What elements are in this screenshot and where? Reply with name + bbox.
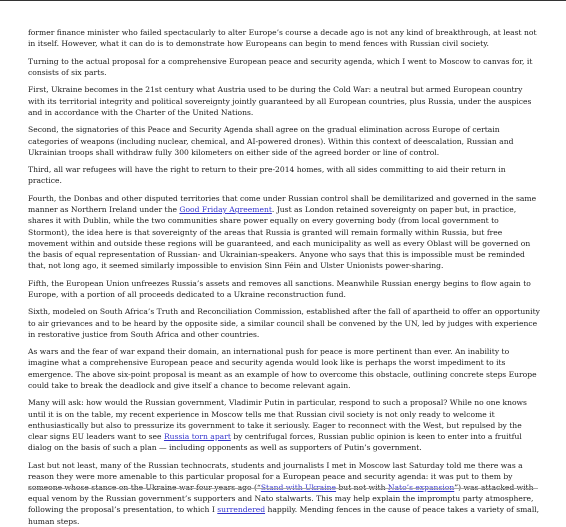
article-body: former finance minister who failed spect… [28, 27, 540, 527]
paragraph-proposal-intro: Turning to the actual proposal for a com… [28, 56, 540, 78]
paragraph-intro-end: former finance minister who failed spect… [28, 27, 540, 49]
paragraph-sixth-point: Sixth, modeled on South Africa’s Truth a… [28, 306, 540, 340]
russia-torn-apart-link[interactable]: Russia torn apart [164, 432, 231, 441]
good-friday-agreement-link[interactable]: Good Friday Agreement [179, 205, 272, 214]
paragraph-third-point: Third, all war refugees will have the ri… [28, 164, 540, 186]
paragraph-conclusion: As wars and the fear of war expand their… [28, 346, 540, 391]
paragraph-last: Last but not least, many of the Russian … [28, 460, 540, 527]
article-end-divider [28, 488, 538, 489]
surrendered-link[interactable]: surrendered [217, 505, 265, 514]
paragraph-first-point: First, Ukraine becomes in the 21st centu… [28, 84, 540, 118]
paragraph-fifth-point: Fifth, the European Union unfreezes Russ… [28, 278, 540, 300]
paragraph-second-point: Second, the signatories of this Peace an… [28, 124, 540, 158]
text: . Just as London retained sovereignty on… [28, 205, 530, 270]
paragraph-russian-response: Many will ask: how would the Russian gov… [28, 397, 540, 453]
paragraph-fourth-point: Fourth, the Donbas and other disputed te… [28, 193, 540, 271]
